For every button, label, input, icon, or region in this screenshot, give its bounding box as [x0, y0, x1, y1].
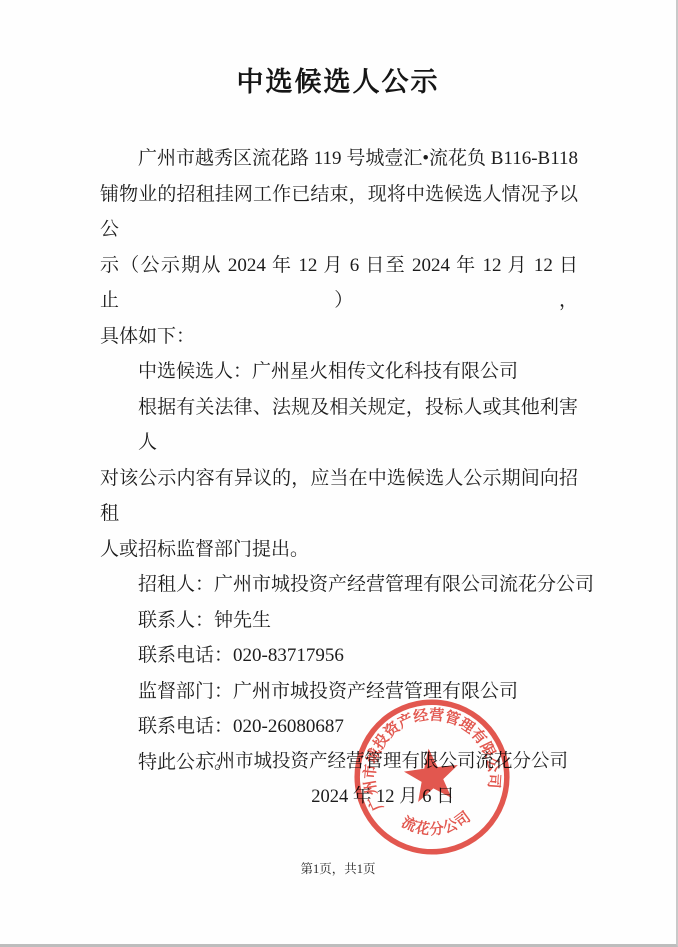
- body-line: 示（公示期从 2024 年 12 月 6 日至 2024 年 12 月 12 日…: [100, 248, 578, 319]
- document-page: 中选候选人公示 广州市越秀区流花路 119 号城壹汇•流花负 B116-B118…: [0, 0, 678, 947]
- body-line: 根据有关法律、法规及相关规定，投标人或其他利害人: [100, 390, 578, 461]
- body-line: 具体如下：: [100, 319, 578, 355]
- body-line: 联系人：钟先生: [100, 603, 578, 639]
- body-line: 招租人：广州市城投资产经营管理有限公司流花分公司: [100, 567, 578, 603]
- body-line: 联系电话：020-26080687: [100, 709, 578, 745]
- body-line: 广州市越秀区流花路 119 号城壹汇•流花负 B116-B118: [100, 141, 578, 177]
- body-line: 联系电话：020-83717956: [100, 638, 578, 674]
- body-line: 铺物业的招租挂网工作已结束，现将中选候选人情况予以公: [100, 177, 578, 248]
- body-line: 监督部门：广州市城投资产经营管理有限公司: [100, 674, 578, 710]
- page-number: 第1页，共1页: [0, 861, 676, 877]
- body-line: 中选候选人：广州星火相传文化科技有限公司: [100, 354, 578, 390]
- signature-date: 2024 年 12 月 6 日: [198, 780, 568, 815]
- document-body: 广州市越秀区流花路 119 号城壹汇•流花负 B116-B118 铺物业的招租挂…: [100, 141, 578, 780]
- document-title: 中选候选人公示: [0, 62, 676, 102]
- signature-block: 广州市城投资产经营管理有限公司流花分公司 2024 年 12 月 6 日: [198, 745, 568, 815]
- body-line: 人或招标监督部门提出。: [100, 532, 578, 568]
- signature-company: 广州市城投资产经营管理有限公司流花分公司: [198, 745, 568, 780]
- body-line: 对该公示内容有异议的，应当在中选候选人公示期间向招租: [100, 461, 578, 532]
